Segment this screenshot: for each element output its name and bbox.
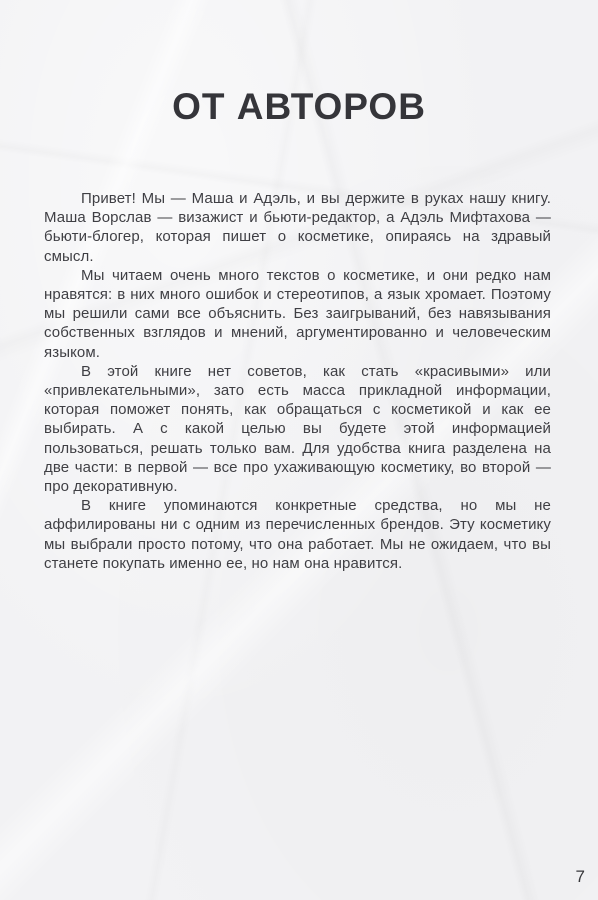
paragraph-intro: Привет! Мы — Маша и Адэль, и вы держите … — [44, 189, 551, 266]
paragraph-book-structure: В этой книге нет советов, как стать «кра… — [44, 362, 551, 496]
paragraph-motivation: Мы читаем очень много текстов о косметик… — [44, 266, 551, 362]
body-text: Привет! Мы — Маша и Адэль, и вы держите … — [44, 189, 551, 573]
book-page: ОТ АВТОРОВ Привет! Мы — Маша и Адэль, и … — [0, 0, 598, 900]
page-number: 7 — [576, 867, 585, 887]
page-title: ОТ АВТОРОВ — [0, 86, 598, 128]
paragraph-disclaimer: В книге упоминаются конкретные средства,… — [44, 496, 551, 573]
